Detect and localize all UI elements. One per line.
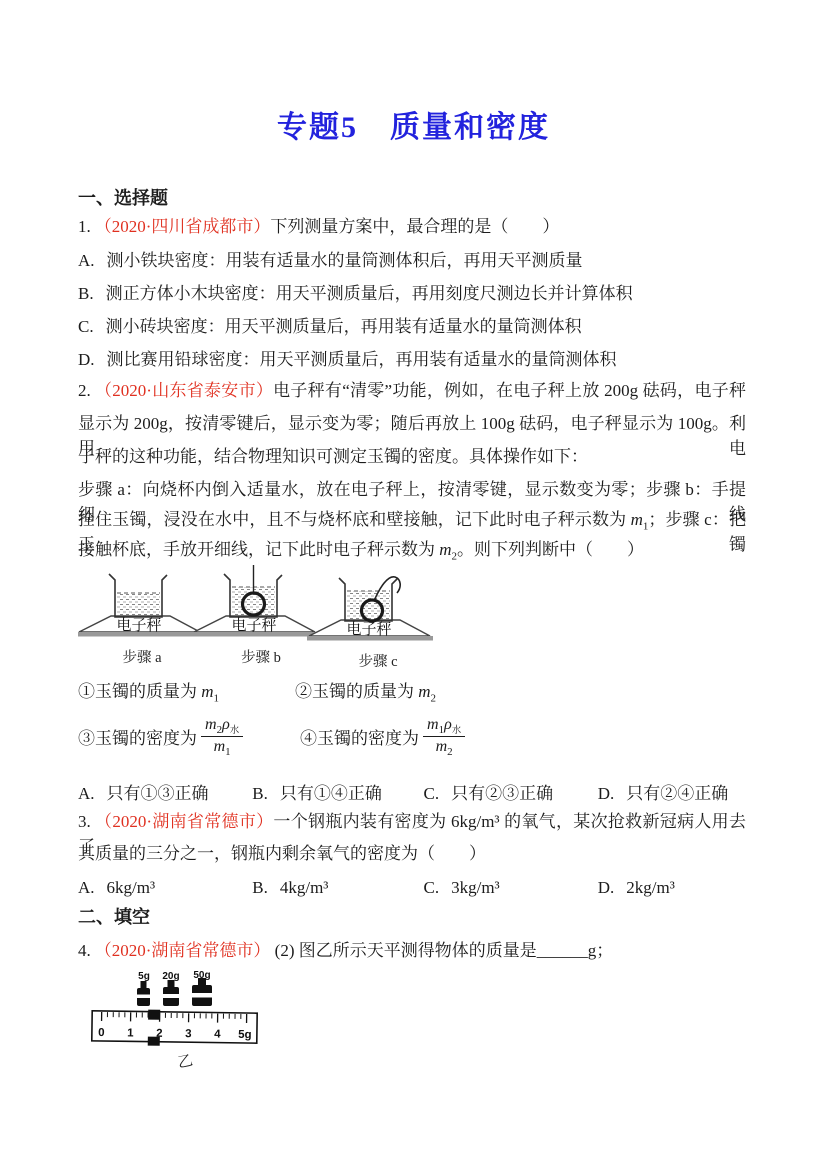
water [117, 593, 160, 617]
q1-stem: 1.（2020·四川省成都市）下列测量方案中，最合理的是（ ） [78, 212, 559, 237]
tick-1: 1 [127, 1027, 134, 1039]
q3-option-b: B.4kg/m³ [252, 878, 419, 898]
page-title: 专题5 质量和密度 [0, 102, 827, 146]
fraction-3: m2ρ水 m1 [201, 716, 243, 756]
q2-option-d: D.只有②④正确 [598, 779, 729, 804]
weight-5g: 5g [137, 971, 150, 1006]
q2-option-a: A.只有①③正确 [78, 779, 248, 804]
worksheet-page: 专题5 质量和密度 一、选择题 1.（2020·四川省成都市）下列测量方案中，最… [0, 0, 827, 1169]
q2-option-c: C.只有②③正确 [424, 779, 594, 804]
q2-options-row: A.只有①③正确 B.只有①④正确 C.只有②③正确 D.只有②④正确 [78, 779, 728, 804]
q3-options-row: A.6kg/m³ B.4kg/m³ C.3kg/m³ D.2kg/m³ [78, 878, 675, 898]
step-c-label: 步骤 c [358, 653, 397, 667]
rider-top [148, 1010, 160, 1020]
q2-steps-line3: 接触杯底，手放开细线，记下此时电子秤示数为 m2。则下列判断中（ ） [78, 535, 644, 560]
fraction-4: m1ρ水 m2 [423, 716, 465, 756]
tick-5g: 5g [238, 1029, 252, 1041]
figure-balance-beam: 5g 20g 50g 0 1 2 3 4 5g [86, 966, 346, 1076]
q1-option-b: B.测正方体小木块密度：用天平测质量后，再用刻度尺测边长并计算体积 [78, 279, 633, 304]
statement-4: ④玉镯的密度为 m1ρ水 m2 [300, 705, 465, 767]
weight-5g-label: 5g [138, 971, 150, 982]
scale-label-c: 电子秤 [346, 620, 391, 638]
q1-stem-text: 下列测量方案中，最合理的是（ ） [270, 217, 559, 236]
scale-label-b: 电子秤 [231, 616, 276, 634]
q4-number: 4. [78, 941, 91, 960]
scale-label-a: 电子秤 [116, 616, 161, 634]
figure-electronic-scales: 电子秤 步骤 a 电子秤 步骤 b 电子秤 步骤 c [78, 563, 443, 667]
q1-source: （2020·四川省成都市） [95, 217, 271, 236]
q2-source: （2020·山东省泰安市） [95, 381, 273, 400]
weight-50g: 50g [192, 970, 212, 1006]
statement-3: ③玉镯的密度为 m2ρ水 m1 [78, 705, 243, 767]
q4-stem-text: (2) 图乙所示天平测得物体的质量是______g； [275, 941, 614, 960]
step-a-label: 步骤 a [122, 649, 162, 666]
ruler: 0 1 2 3 4 5g [92, 1009, 257, 1047]
statement-2: ②玉镯的质量为 m2 [295, 677, 436, 702]
q3-option-c: C.3kg/m³ [424, 878, 594, 898]
water [347, 591, 390, 621]
q4-stem: 4.（2020·湖南省常德市） (2) 图乙所示天平测得物体的质量是______… [78, 936, 613, 961]
q2-line3: 子秤的这种功能，结合物理知识可测定玉镯的密度。具体操作如下： [78, 442, 588, 467]
scale-step-c: 电子秤 步骤 c [307, 577, 433, 667]
section-heading-fill: 二、填空 [78, 903, 150, 929]
step-b-label: 步骤 b [241, 649, 281, 666]
q1-number: 1. [78, 217, 91, 236]
q3-option-d: D.2kg/m³ [598, 878, 675, 898]
q3-source: （2020·湖南省常德市） [95, 812, 274, 831]
tick-3: 3 [185, 1028, 192, 1040]
q4-source: （2020·湖南省常德市） [95, 941, 271, 960]
q3-number: 3. [78, 812, 91, 831]
weight-20g: 20g [162, 971, 179, 1006]
tick-4: 4 [214, 1029, 221, 1041]
q1-option-d: D.测比赛用铅球密度：用天平测质量后，再用装有适量水的量筒测体积 [78, 345, 617, 370]
q1-option-a: A.测小铁块密度：用装有适量水的量筒测体积后，再用天平测质量 [78, 246, 583, 271]
scale-step-a: 电子秤 步骤 a [78, 574, 203, 666]
ruler-box [92, 1011, 257, 1043]
rider-bottom [148, 1037, 160, 1046]
statement-1: ①玉镯的质量为 m1 [78, 677, 219, 702]
q2-line1: 2.（2020·山东省泰安市）电子秤有“清零”功能，例如，在电子秤上放 200g… [78, 376, 746, 401]
q1-option-c: C.测小砖块密度：用天平测质量后，再用装有适量水的量筒测体积 [78, 312, 582, 337]
figure-label-yi: 乙 [176, 1053, 194, 1072]
q2-option-b: B.只有①④正确 [252, 779, 419, 804]
q2-number: 2. [78, 381, 91, 400]
q3-option-a: A.6kg/m³ [78, 878, 248, 898]
scale-step-b: 电子秤 步骤 b [192, 565, 318, 666]
q3-line2: 其质量的三分之一，钢瓶内剩余氧气的密度为（ ） [78, 839, 486, 864]
tick-0: 0 [98, 1027, 105, 1039]
section-heading-choice: 一、选择题 [78, 184, 168, 210]
